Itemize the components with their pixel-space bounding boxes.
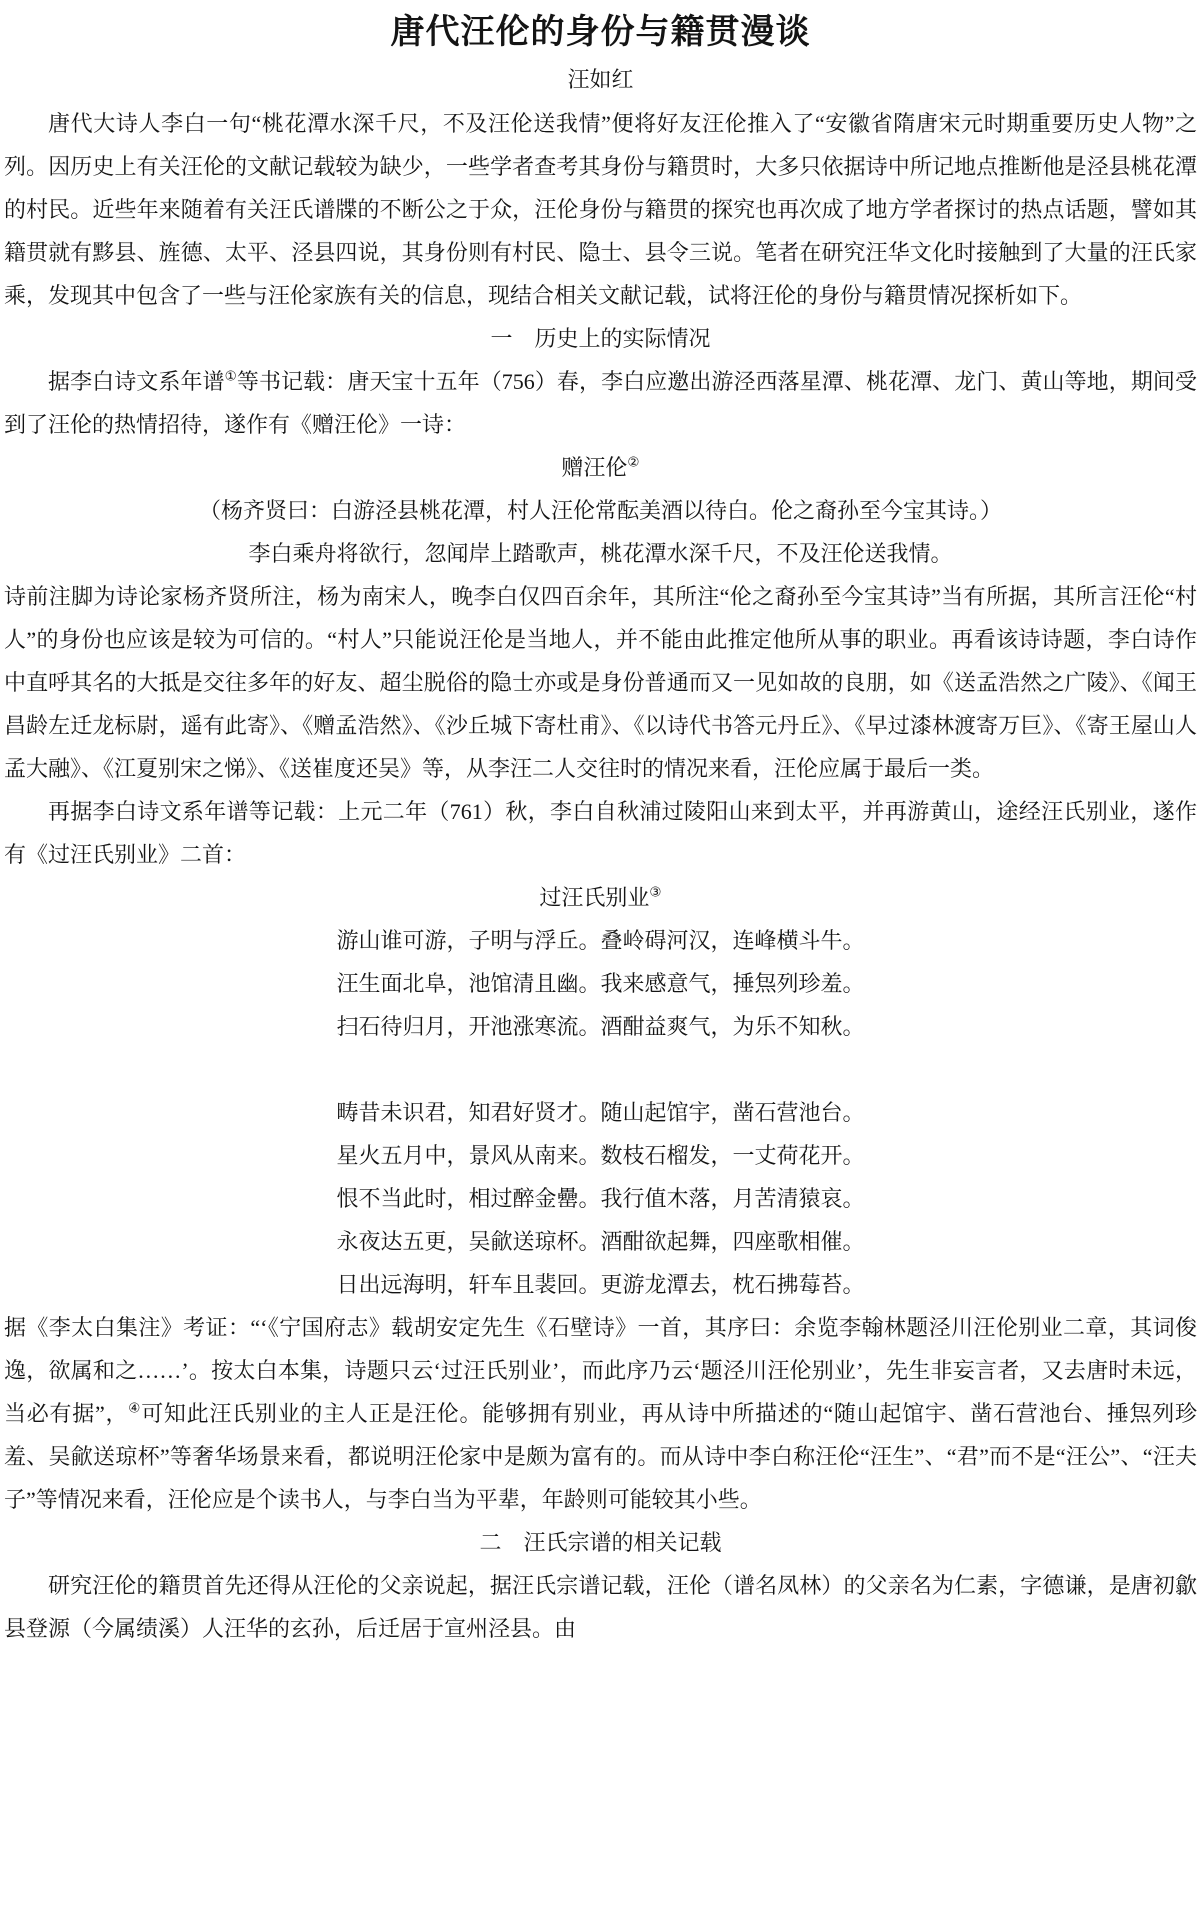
- footnote-marker: ③: [649, 885, 661, 900]
- footnote-marker: ④: [128, 1401, 141, 1416]
- paragraph-zhujiao: 诗前注脚为诗论家杨齐贤所注，杨为南宋人，晚李白仅四百余年，其所注“伦之裔孙至今宝…: [4, 575, 1197, 790]
- poem-annotation: （杨齐贤曰：白游泾县桃花潭，村人汪伦常酝美酒以待白。伦之裔孙至今宝其诗。）: [4, 489, 1197, 532]
- poem-line: 汪生面北阜，池馆清且幽。我来感意气，捶炰列珍羞。: [4, 962, 1197, 1005]
- paragraph-intro: 唐代大诗人李白一句“桃花潭水深千尺，不及汪伦送我情”便将好友汪伦推入了“安徽省隋…: [4, 102, 1197, 317]
- paragraph-shangyuan: 再据李白诗文系年谱等记载：上元二年（761）秋，李白自秋浦过陵阳山来到太平，并再…: [4, 790, 1197, 876]
- paragraph-zongpu: 研究汪伦的籍贯首先还得从汪伦的父亲说起，据汪氏宗谱记载，汪伦（谱名凤林）的父亲名…: [4, 1564, 1197, 1650]
- paragraph-kaozheng: 据《李太白集注》考证：“‘《宁国府志》载胡安定先生《石壁诗》一首，其序曰：余览李…: [4, 1306, 1197, 1521]
- poem-title-zengwanglun: 赠汪伦②: [4, 446, 1197, 489]
- stanza-gap: [4, 1048, 1197, 1091]
- poem-line: 永夜达五更，吴歈送琼杯。酒酣欲起舞，四座歌相催。: [4, 1220, 1197, 1263]
- poem-line: 游山谁可游，子明与浮丘。叠岭碍河汉，连峰横斗牛。: [4, 919, 1197, 962]
- poem-line: 星火五月中，景风从南来。数枝石榴发，一丈荷花开。: [4, 1134, 1197, 1177]
- poem-line: 畴昔未识君，知君好贤才。随山起馆宇，凿石营池台。: [4, 1091, 1197, 1134]
- poem-line: 扫石待归月，开池涨寒流。酒酣益爽气，为乐不知秋。: [4, 1005, 1197, 1048]
- footnote-marker: ②: [627, 455, 639, 470]
- poem-line: 日出远海明，轩车且裴回。更游龙潭去，枕石拂莓苔。: [4, 1263, 1197, 1306]
- poem-title-guowangshibieye: 过汪氏别业③: [4, 876, 1197, 919]
- paragraph-tianbao: 据李白诗文系年谱①等书记载：唐天宝十五年（756）春，李白应邀出游泾西落星潭、桃…: [4, 360, 1197, 446]
- poem-line: 恨不当此时，相过醉金罍。我行值木落，月苦清猿哀。: [4, 1177, 1197, 1220]
- section-heading-1: 一 历史上的实际情况: [4, 317, 1197, 360]
- footnote-marker: ①: [225, 369, 237, 384]
- section-heading-2: 二 汪氏宗谱的相关记载: [4, 1521, 1197, 1564]
- poem-line: 李白乘舟将欲行，忽闻岸上踏歌声，桃花潭水深千尺，不及汪伦送我情。: [4, 532, 1197, 575]
- document-page: 唐代汪伦的身份与籍贯漫谈 汪如红 唐代大诗人李白一句“桃花潭水深千尺，不及汪伦送…: [0, 0, 1203, 1912]
- article-body: 唐代大诗人李白一句“桃花潭水深千尺，不及汪伦送我情”便将好友汪伦推入了“安徽省隋…: [4, 102, 1197, 1650]
- article-title: 唐代汪伦的身份与籍贯漫谈: [4, 8, 1197, 58]
- author-name: 汪如红: [4, 58, 1197, 102]
